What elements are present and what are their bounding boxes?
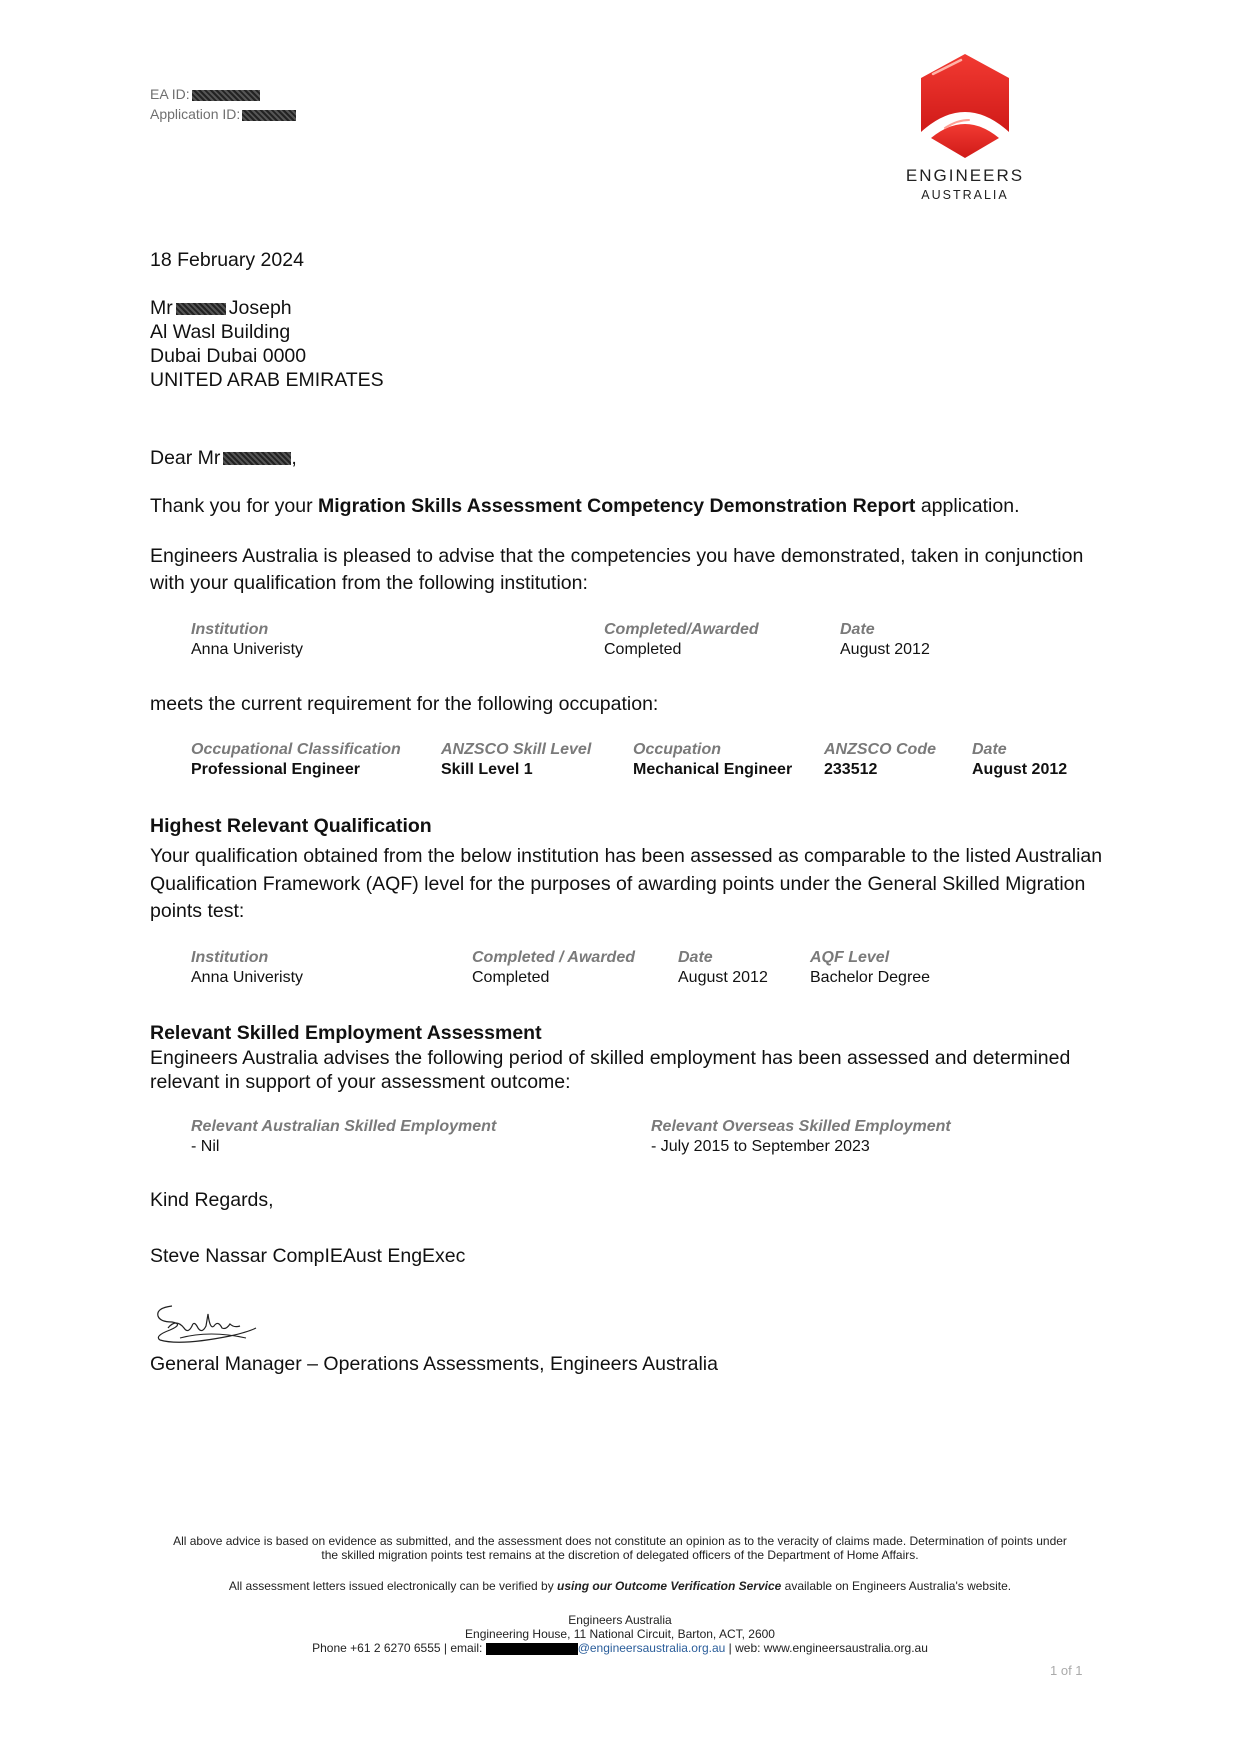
qual-date-column: DateAugust 2012 (678, 948, 768, 988)
qual-completed-column: Completed / AwardedCompleted (472, 948, 635, 988)
redacted-name (223, 452, 291, 465)
overseas-employment-column: Relevant Overseas Skilled Employment- Ju… (651, 1117, 951, 1157)
qualification-table: InstitutionAnna Univeristy Completed / A… (0, 948, 1241, 992)
address-line: Dubai Dubai 0000 (150, 344, 384, 368)
organisation-contact: Engineers Australia Engineering House, 1… (140, 1613, 1100, 1655)
aqf-level-column: AQF LevelBachelor Degree (810, 948, 930, 988)
email-link[interactable]: @engineersaustralia.org.au (578, 1641, 726, 1655)
org-name: Engineers Australia (140, 1613, 1100, 1627)
hexagon-logo-icon (917, 52, 1013, 160)
qualification-heading: Highest Relevant Qualification (150, 815, 432, 838)
application-type: Migration Skills Assessment Competency D… (318, 495, 915, 517)
org-address: Engineering House, 11 National Circuit, … (140, 1627, 1100, 1641)
signature-image (150, 1300, 260, 1353)
redacted-email (486, 1643, 578, 1655)
verification-service-link[interactable]: using our Outcome Verification Service (557, 1579, 781, 1593)
occupation-table: Occupational ClassificationProfessional … (0, 740, 1241, 784)
redacted-first-name (176, 303, 226, 315)
intro-paragraph: Thank you for your Migration Skills Asse… (150, 494, 1110, 518)
occupation-date-column: DateAugust 2012 (972, 740, 1067, 780)
logo-text-australia: AUSTRALIA (895, 188, 1035, 202)
address-country: UNITED ARAB EMIRATES (150, 368, 384, 392)
ea-id: EA ID: (150, 84, 296, 104)
closing: Kind Regards, (150, 1188, 274, 1212)
anzsco-code-column: ANZSCO Code233512 (824, 740, 936, 780)
institution-table: InstitutionAnna Univeristy Completed/Awa… (0, 620, 1241, 664)
employment-table: Relevant Australian Skilled Employment- … (0, 1117, 1241, 1161)
recipient-address: MrJoseph Al Wasl Building Dubai Dubai 00… (150, 296, 384, 392)
signatory-name: Steve Nassar CompIEAust EngExec (150, 1244, 465, 1268)
recipient-name: MrJoseph (150, 296, 384, 320)
disclaimer: All above advice is based on evidence as… (140, 1534, 1100, 1562)
classification-column: Occupational ClassificationProfessional … (191, 740, 401, 780)
signatory-role: General Manager – Operations Assessments… (150, 1352, 718, 1376)
contact-line: Phone +61 2 6270 6555 | email: @engineer… (140, 1641, 1100, 1655)
employment-paragraph: Engineers Australia advises the followin… (150, 1046, 1110, 1094)
engineers-australia-logo: ENGINEERS AUSTRALIA (895, 52, 1035, 202)
letter-date: 18 February 2024 (150, 248, 304, 272)
salutation: Dear Mr, (150, 446, 297, 470)
address-line: Al Wasl Building (150, 320, 384, 344)
australian-employment-column: Relevant Australian Skilled Employment- … (191, 1117, 496, 1157)
redacted-ea-id (192, 90, 260, 101)
page-number: 1 of 1 (1050, 1663, 1083, 1678)
skill-level-column: ANZSCO Skill LevelSkill Level 1 (441, 740, 591, 780)
verification-note: All assessment letters issued electronic… (140, 1579, 1100, 1593)
completed-column: Completed/AwardedCompleted (604, 620, 759, 660)
application-id: Application ID: (150, 104, 296, 124)
competency-paragraph: Engineers Australia is pleased to advise… (150, 543, 1110, 597)
occupation-intro: meets the current requirement for the fo… (150, 692, 658, 716)
institution-column: InstitutionAnna Univeristy (191, 620, 303, 660)
reference-ids: EA ID: Application ID: (150, 84, 296, 124)
qualification-paragraph: Your qualification obtained from the bel… (150, 843, 1110, 926)
date-column: DateAugust 2012 (840, 620, 930, 660)
handwritten-signature-icon (150, 1300, 260, 1348)
logo-text-engineers: ENGINEERS (895, 166, 1035, 186)
occupation-column: OccupationMechanical Engineer (633, 740, 792, 780)
redacted-application-id (242, 110, 296, 121)
employment-heading: Relevant Skilled Employment Assessment (150, 1022, 542, 1045)
qual-institution-column: InstitutionAnna Univeristy (191, 948, 303, 988)
